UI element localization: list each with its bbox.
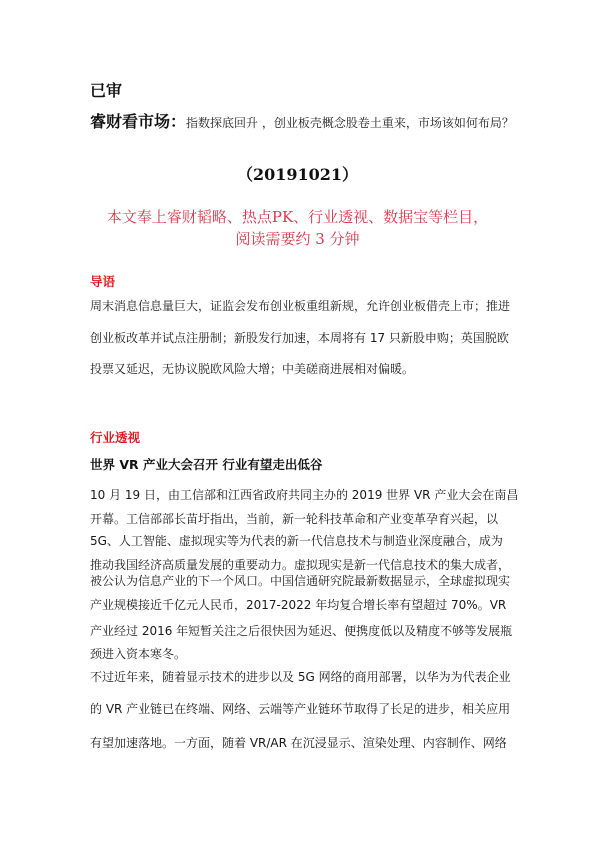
intro-heading: 导语 bbox=[90, 272, 115, 290]
industry-heading: 行业透视 bbox=[90, 428, 140, 446]
article-line: 被公认为信息产业的下一个风口。中国信通研究院最新数据显示，全球虚拟现实 bbox=[90, 572, 510, 589]
headline-subtitle: 指数探底回升 ，创业板壳概念股卷土重来，市场该如何布局？ bbox=[186, 116, 514, 130]
article-line: 不过近年来，随着显示技术的进步以及 5G 网络的商用部署，以华为为代表企业 bbox=[90, 668, 511, 685]
headline-brand: 睿财看市场： bbox=[90, 112, 186, 131]
reading-notice-line-2: 阅读需要约 3 分钟 bbox=[0, 228, 595, 249]
article-line: 颈进入资本寒冬。 bbox=[90, 645, 186, 662]
intro-line: 创业板改革并试点注册制；新股发行加速，本周将有 17 只新股申购；英国脱欧 bbox=[90, 329, 509, 346]
article-line: 10 月 19 日，由工信部和江西省政府共同主办的 2019 世界 VR 产业大… bbox=[90, 486, 518, 503]
article-line: 的 VR 产业链已在终端、网络、云端等产业链环节取得了长足的进步，相关应用 bbox=[90, 700, 510, 717]
article-line: 推动我国经济高质量发展的重要动力。虚拟现实是新一代信息技术的集大成者， bbox=[90, 556, 510, 573]
intro-line: 周末消息信息量巨大，证监会发布创业板重组新规，允许创业板借壳上市；推进 bbox=[90, 297, 510, 314]
article-line: 有望加速落地。一方面，随着 VR/AR 在沉浸显示、渲染处理、内容制作、网络 bbox=[90, 734, 507, 751]
article-line: 产业经过 2016 年短暂关注之后很快因为延迟、便携度低以及精度不够等发展瓶 bbox=[90, 622, 512, 639]
reading-notice-line-1: 本文奉上睿财韬略、热点PK、行业透视、数据宝等栏目， bbox=[0, 206, 595, 227]
article-line: 产业规模接近千亿元人民币，2017-2022 年均复合增长率有望超过 70%。V… bbox=[90, 596, 506, 613]
review-status-label: 已审 bbox=[90, 78, 122, 101]
report-date: （20191021） bbox=[0, 162, 595, 185]
intro-line: 投票又延迟，无协议脱欧风险大增；中美磋商进展相对偏暖。 bbox=[90, 360, 414, 377]
article-line: 开幕。工信部部长苗圩指出，当前，新一轮科技革命和产业变革孕育兴起，以 bbox=[90, 510, 498, 527]
article-line: 5G、人工智能、虚拟现实等为代表的新一代信息技术与制造业深度融合，成为 bbox=[90, 532, 503, 549]
headline: 睿财看市场：指数探底回升 ，创业板壳概念股卷土重来，市场该如何布局？ bbox=[90, 109, 514, 132]
article-title: 世界 VR 产业大会召开 行业有望走出低谷 bbox=[90, 455, 322, 473]
